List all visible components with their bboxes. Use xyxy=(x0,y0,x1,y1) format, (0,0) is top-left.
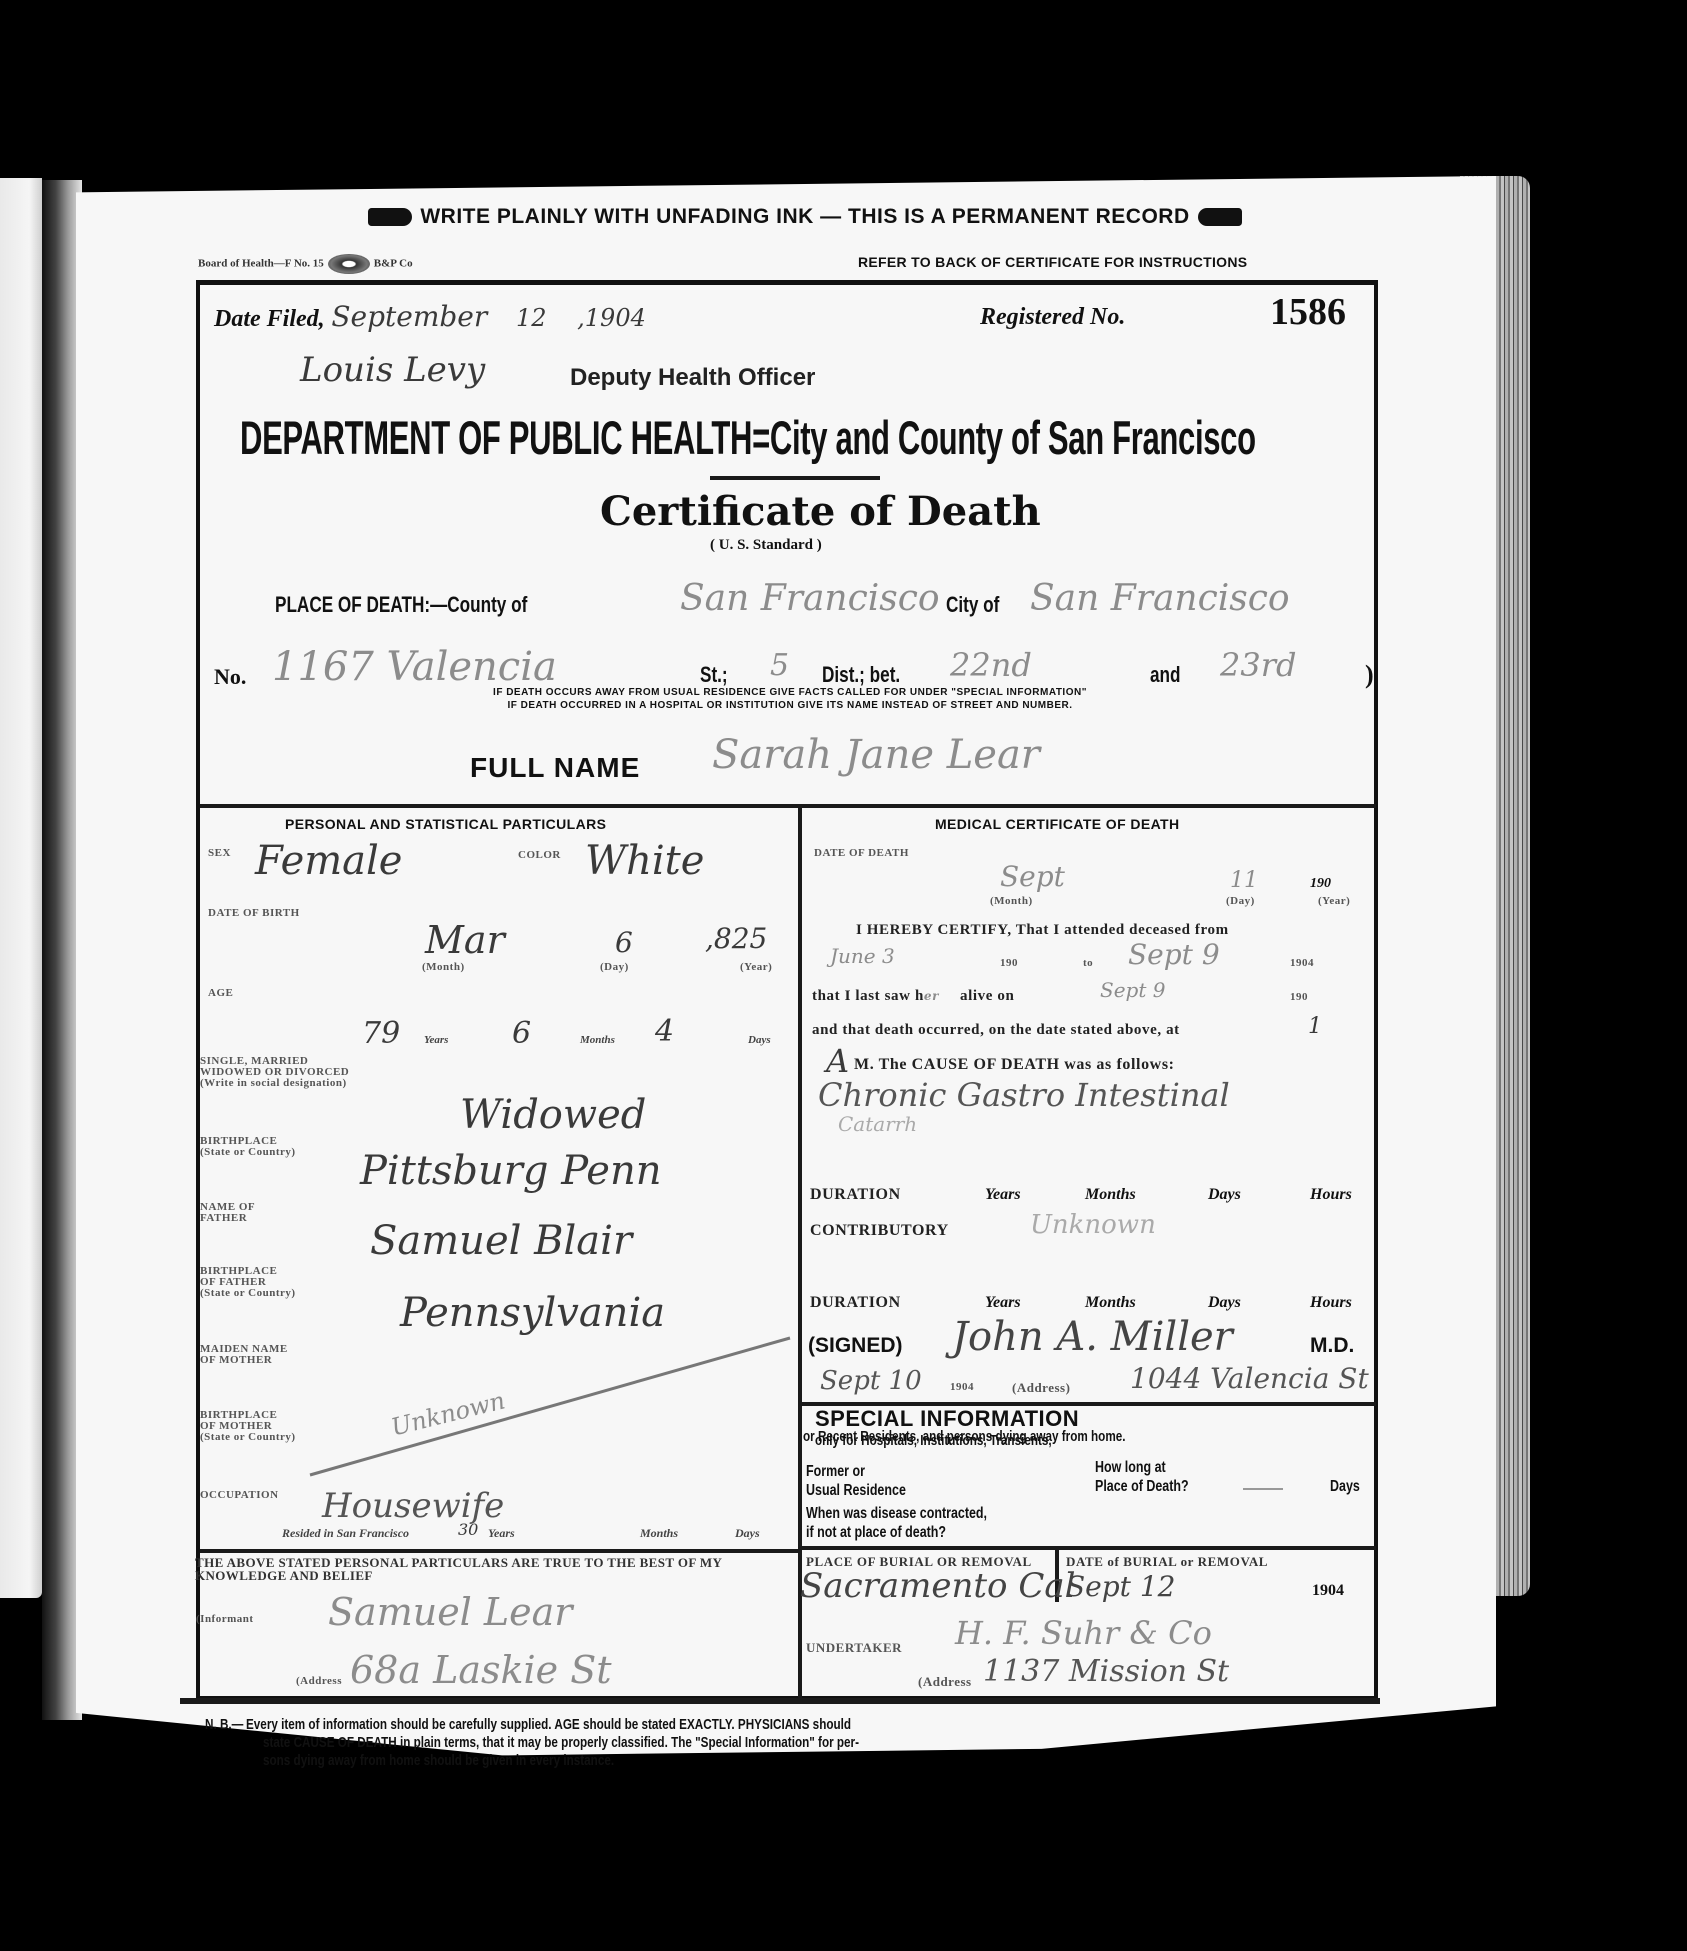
father-birthplace-label: BIRTHPLACE OF FATHER (State or Country) xyxy=(200,1266,296,1299)
date-filed-row: Date Filed, September 12 ,1904 xyxy=(214,300,646,333)
residence-note-line-2: IF DEATH OCCURRED IN A HOSPITAL OR INSTI… xyxy=(340,699,1240,712)
physician-address: 1044 Valencia St xyxy=(1130,1362,1369,1395)
age-days: 4 xyxy=(655,1014,674,1049)
informant-statement: THE ABOVE STATED PERSONAL PARTICULARS AR… xyxy=(195,1556,785,1582)
footer-note: N. B.—Every item of information should b… xyxy=(205,1716,1305,1770)
registered-number: 1586 xyxy=(1270,290,1346,334)
father-name-label: NAME OF FATHER xyxy=(200,1202,255,1224)
duration-hours-label-2: Hours xyxy=(1310,1294,1352,1312)
death-year: 190 xyxy=(1310,876,1331,892)
contracted-line-1: When was disease contracted, xyxy=(806,1504,987,1523)
place-of-death-label: PLACE OF DEATH:—County of xyxy=(275,592,527,618)
permanent-record-banner: WRITE PLAINLY WITH UNFADING INK — THIS I… xyxy=(250,205,1360,229)
death-year-caption: (Year) xyxy=(1318,896,1350,907)
printer-text: B&P Co xyxy=(374,258,413,270)
street-no-label: No. xyxy=(214,664,246,690)
burial-place-value: Sacramento Cal xyxy=(800,1566,1076,1606)
age-months: 6 xyxy=(512,1016,531,1051)
residence-note-line-1: IF DEATH OCCURS AWAY FROM USUAL RESIDENC… xyxy=(340,686,1240,699)
date-filed-day: 12 xyxy=(516,304,547,332)
residence-note: IF DEATH OCCURS AWAY FROM USUAL RESIDENC… xyxy=(340,686,1240,712)
and-label-text: and xyxy=(1150,662,1181,688)
date-of-death-label: DATE OF DEATH xyxy=(814,848,909,859)
attended-from: June 3 xyxy=(830,944,895,968)
undertaker-value: H. F. Suhr & Co xyxy=(955,1614,1212,1652)
how-long-line-2: Place of Death? xyxy=(1095,1477,1189,1496)
sex-label: SEX xyxy=(208,848,231,859)
street-address-value: 1167 Valencia xyxy=(272,644,557,690)
duration-days-label: Days xyxy=(1208,1186,1241,1204)
between-street-2: 23rd xyxy=(1220,646,1297,684)
contracted-line-2: if not at place of death? xyxy=(806,1523,946,1542)
banner-text: WRITE PLAINLY WITH UNFADING INK — THIS I… xyxy=(420,205,1189,228)
date-filed-label: Date Filed, xyxy=(214,306,325,332)
printer-seal-icon xyxy=(328,254,370,274)
date-filed-year: ,1904 xyxy=(577,304,646,332)
special-subnote-text: or Recent Residents, and persons dying a… xyxy=(803,1428,1125,1445)
dob-day: 6 xyxy=(615,926,633,959)
burial-date-label: DATE of BURIAL or REMOVAL xyxy=(1066,1554,1268,1570)
officer-signature: Louis Levy xyxy=(300,350,485,390)
city-label-text: City of xyxy=(946,592,999,618)
attended-to-year: 1904 xyxy=(1290,958,1314,969)
registered-label: Registered No. xyxy=(980,304,1125,331)
sex-value: Female xyxy=(255,838,402,884)
former-label-line-2: Usual Residence xyxy=(806,1481,906,1500)
form-number: Board of Health—F No. 15B&P Co xyxy=(198,254,413,274)
resided-years: 30 xyxy=(458,1520,478,1539)
closing-paren: ) xyxy=(1365,660,1374,690)
dist-label-text: Dist.; bet. xyxy=(822,662,900,688)
father-bp-label-line-3: (State or Country) xyxy=(200,1288,296,1299)
duration-months-label: Months xyxy=(1085,1186,1136,1204)
marital-value: Widowed xyxy=(460,1092,646,1138)
duration-years-label-2: Years xyxy=(985,1294,1021,1312)
pointing-hand-icon xyxy=(1198,208,1242,226)
burial-year-value: 1904 xyxy=(1312,1582,1344,1600)
to-label: to xyxy=(1083,958,1093,969)
certify-text: I HEREBY CERTIFY, That I attended deceas… xyxy=(856,922,1229,939)
cause-of-death-label: M. The CAUSE OF DEATH was as follows: xyxy=(854,1056,1175,1074)
us-standard: ( U. S. Standard ) xyxy=(710,537,822,554)
title-rule xyxy=(710,476,880,480)
mother-label-line-2: OF MOTHER xyxy=(200,1355,288,1366)
resided-days-label: Days xyxy=(735,1526,760,1541)
duration-label-2: DURATION xyxy=(810,1294,901,1312)
section-divider xyxy=(200,804,1376,808)
last-saw-year: 190 xyxy=(1290,992,1308,1003)
duration-label: DURATION xyxy=(810,1186,901,1204)
between-street-1: 22nd xyxy=(950,646,1032,684)
form-number-text: Board of Health—F No. 15 xyxy=(198,258,324,270)
contributory-label: CONTRIBUTORY xyxy=(810,1222,949,1240)
undertaker-address: 1137 Mission St xyxy=(983,1654,1229,1689)
contributory-value: Unknown xyxy=(1030,1210,1156,1240)
nb-line-1: Every item of information should be care… xyxy=(246,1716,851,1734)
bottom-rule xyxy=(180,1698,1380,1704)
place-of-death-row: PLACE OF DEATH:—County of xyxy=(275,592,598,618)
birthplace-value: Pittsburg Penn xyxy=(360,1148,662,1194)
dob-month: Mar xyxy=(425,918,505,962)
death-month-caption: (Month) xyxy=(990,896,1033,907)
burial-divider xyxy=(800,1546,1376,1550)
occupation-label: OCCUPATION xyxy=(200,1490,279,1501)
resided-months-label: Months xyxy=(640,1526,678,1541)
dist-label: Dist.; bet. xyxy=(822,662,922,688)
undertaker-address-label: (Address xyxy=(918,1676,972,1687)
physician-address-label: (Address) xyxy=(1012,1382,1070,1393)
occurred-text: and that death occurred, on the date sta… xyxy=(812,1022,1180,1039)
birthplace-label: BIRTHPLACE (State or Country) xyxy=(200,1136,296,1158)
dob-month-caption: (Month) xyxy=(422,962,465,973)
last-saw-date: Sept 9 xyxy=(1100,978,1165,1002)
pointing-hand-icon xyxy=(368,208,412,226)
color-label: COLOR xyxy=(518,850,561,861)
nb-line-2: state CAUSE OF DEATH in plain terms, tha… xyxy=(263,1734,859,1752)
attended-to: Sept 9 xyxy=(1128,938,1220,971)
city-label: City of xyxy=(946,592,1014,618)
date-filed-month: September xyxy=(331,300,487,333)
death-month: Sept xyxy=(1000,860,1065,893)
last-saw-text: that I last saw her xyxy=(812,988,939,1005)
nb-line-3: sons dying away from home should be give… xyxy=(263,1752,614,1770)
resided-label: Resided in San Francisco xyxy=(282,1526,409,1541)
mother-birthplace-label: BIRTHPLACE OF MOTHER (State or Country) xyxy=(200,1410,296,1443)
cause-line-1: Chronic Gastro Intestinal xyxy=(818,1076,1230,1114)
district-value: 5 xyxy=(770,648,789,683)
signed-label: (SIGNED) xyxy=(808,1334,903,1358)
duration-hours-label: Hours xyxy=(1310,1186,1352,1204)
signed-year: 1904 xyxy=(950,1382,974,1393)
death-day: 11 xyxy=(1230,868,1258,893)
am-pm-value: A xyxy=(826,1042,849,1080)
certificate-title: Certificate of Death xyxy=(600,488,1041,535)
age-years-label: Years xyxy=(424,1034,448,1046)
days-blank-line xyxy=(1243,1488,1283,1490)
personal-heading: PERSONAL AND STATISTICAL PARTICULARS xyxy=(285,816,606,832)
informant-name: Samuel Lear xyxy=(328,1590,572,1634)
dob-label: DATE OF BIRTH xyxy=(208,908,300,919)
informant-label: (Informant xyxy=(196,1614,254,1625)
marital-label-line-3: (Write in social designation) xyxy=(200,1078,349,1089)
age-years: 79 xyxy=(362,1016,400,1051)
cause-line-2: Catarrh xyxy=(838,1112,917,1136)
dob-day-caption: (Day) xyxy=(600,962,629,973)
department-title: DEPARTMENT OF PUBLIC HEALTH=City and Cou… xyxy=(240,408,1360,468)
department-title-text: DEPARTMENT OF PUBLIC HEALTH=City and Cou… xyxy=(240,408,1256,468)
strike-through-line xyxy=(300,1330,800,1480)
color-value: White xyxy=(585,838,704,884)
attended-from-year: 190 xyxy=(1000,958,1018,969)
age-months-label: Months xyxy=(580,1034,615,1046)
father-label-line-2: FATHER xyxy=(200,1213,255,1224)
dob-year-caption: (Year) xyxy=(740,962,772,973)
duration-days-label-2: Days xyxy=(1208,1294,1241,1312)
city-value: San Francisco xyxy=(1030,578,1290,619)
undertaker-label: UNDERTAKER xyxy=(806,1642,902,1653)
death-day-caption: (Day) xyxy=(1226,896,1255,907)
officer-title: Deputy Health Officer xyxy=(570,364,815,392)
signed-date: Sept 10 xyxy=(820,1366,922,1396)
st-label-text: St.; xyxy=(700,662,728,688)
death-hour: 1 xyxy=(1308,1014,1322,1039)
birthplace-label-line-2: (State or Country) xyxy=(200,1147,296,1158)
informant-divider xyxy=(200,1549,798,1553)
full-name-label: FULL NAME xyxy=(470,752,640,784)
md-label: M.D. xyxy=(1310,1334,1354,1358)
instructions-note: REFER TO BACK OF CERTIFICATE FOR INSTRUC… xyxy=(858,254,1247,270)
disease-contracted-label: When was disease contracted, if not at p… xyxy=(806,1504,1038,1542)
adjacent-page-edge xyxy=(0,178,42,1598)
duration-years-label: Years xyxy=(985,1186,1021,1204)
alive-on-label: alive on xyxy=(960,988,1014,1005)
burial-date-value: Sept 12 xyxy=(1066,1570,1175,1603)
physician-signature: John A. Miller xyxy=(952,1314,1233,1360)
and-label: and xyxy=(1150,662,1189,688)
mother-bp-label-line-3: (State or Country) xyxy=(200,1432,296,1443)
duration-months-label-2: Months xyxy=(1085,1294,1136,1312)
special-days-label: Days xyxy=(1330,1478,1368,1496)
father-name-value: Samuel Blair xyxy=(370,1218,632,1264)
special-days-text: Days xyxy=(1330,1478,1360,1496)
how-long-line-1: How long at xyxy=(1095,1458,1166,1477)
county-value: San Francisco xyxy=(680,578,940,619)
resided-years-label: Years xyxy=(488,1526,515,1541)
former-residence-label: Former or Usual Residence xyxy=(806,1462,934,1500)
marital-label: SINGLE, MARRIED WIDOWED OR DIVORCED (Wri… xyxy=(200,1056,349,1089)
full-name-value: Sarah Jane Lear xyxy=(712,732,1040,778)
medical-heading: MEDICAL CERTIFICATE OF DEATH xyxy=(935,816,1180,832)
st-label: St.; xyxy=(700,662,735,688)
informant-address: 68a Laskie St xyxy=(350,1648,612,1692)
age-label: AGE xyxy=(208,988,233,999)
former-label-line-1: Former or xyxy=(806,1462,865,1481)
last-saw-prefix: that I last saw h xyxy=(812,988,924,1004)
dob-year: ,825 xyxy=(705,922,767,955)
special-info-subnote: or Recent Residents, and persons dying a… xyxy=(803,1428,1216,1445)
age-days-label: Days xyxy=(748,1034,771,1046)
how-long-label: How long at Place of Death? xyxy=(1095,1458,1215,1496)
informant-address-label: (Address xyxy=(296,1676,342,1687)
last-saw-pronoun: er xyxy=(924,989,939,1003)
mother-name-label: MAIDEN NAME OF MOTHER xyxy=(200,1344,288,1366)
nb-label: N. B.— xyxy=(205,1716,243,1734)
